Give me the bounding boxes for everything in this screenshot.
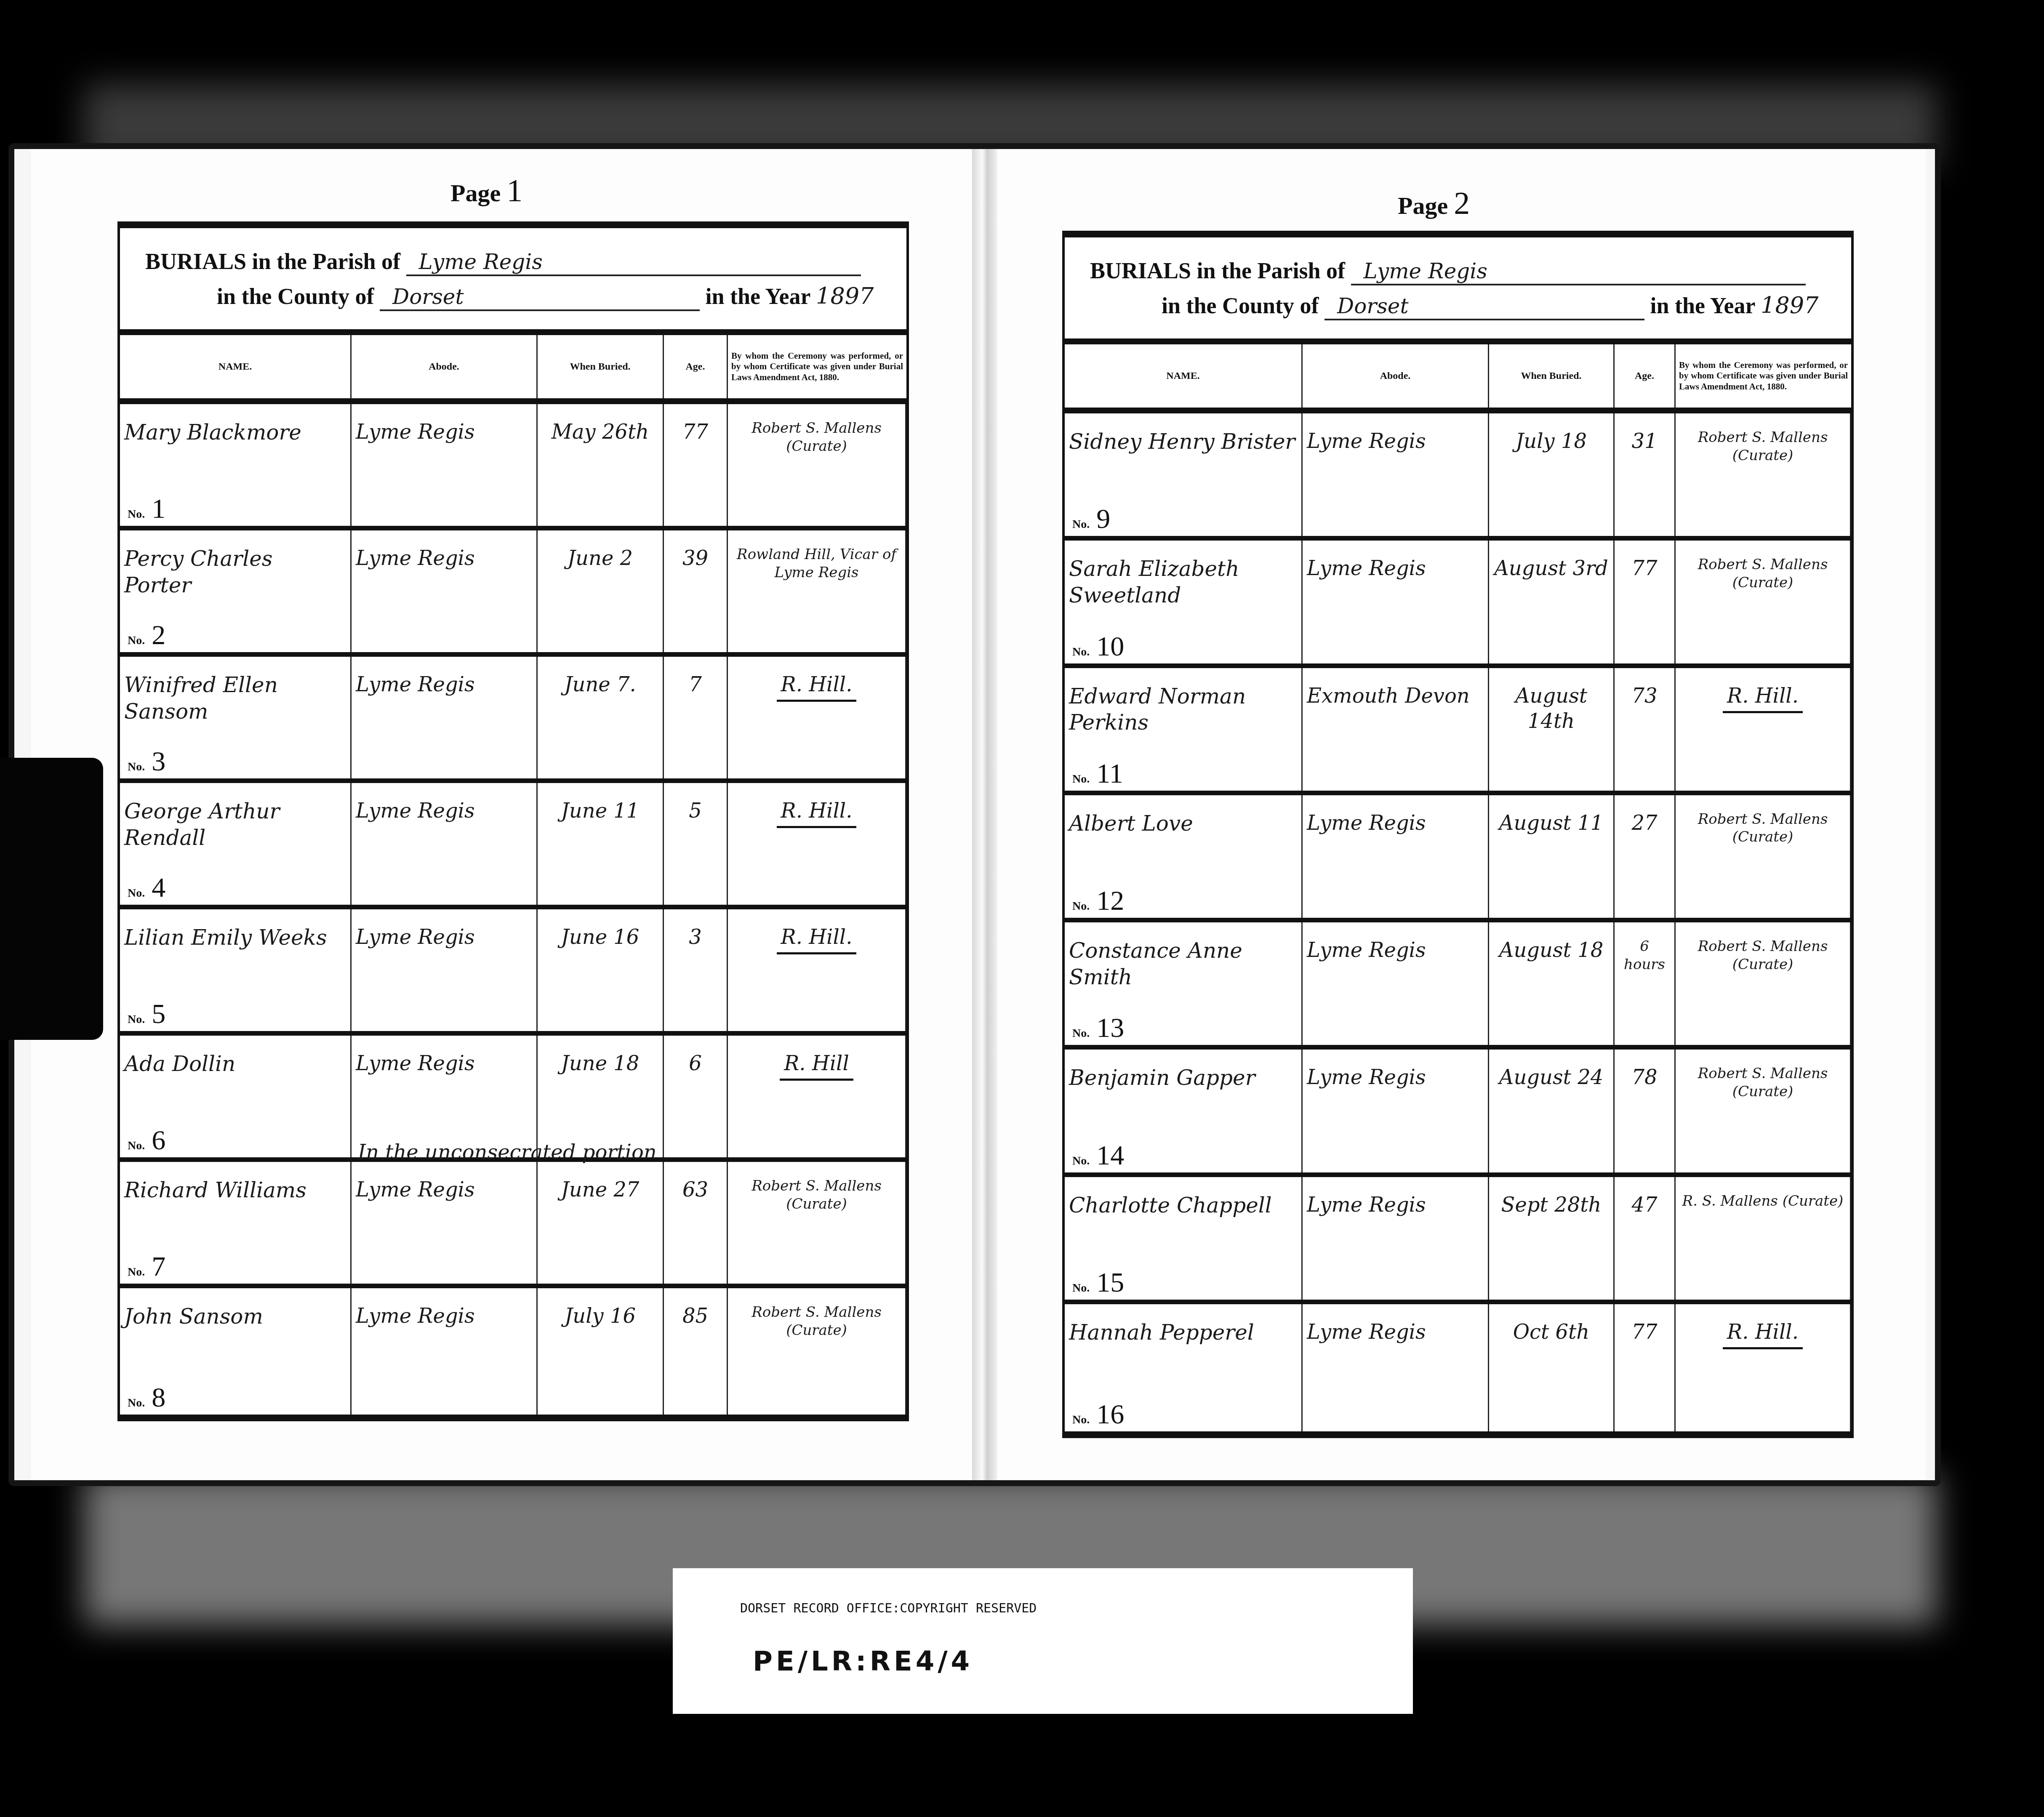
parish-name: Lyme Regis: [419, 250, 543, 274]
column-headers: NAME. Abode. When Buried. Age. By whom t…: [120, 335, 906, 404]
entry-age: 39: [664, 530, 728, 652]
entry-number: No.7: [128, 1251, 165, 1283]
book-spine: [972, 149, 997, 1480]
entry-when-buried: August 24: [1489, 1050, 1615, 1172]
table-row: Albert Love Lyme Regis August 11 27 Robe…: [1065, 795, 1851, 922]
entry-number: No.6: [128, 1124, 165, 1156]
table-row: Charlotte Chappell Lyme Regis Sept 28th …: [1065, 1177, 1851, 1304]
entry-when-buried: June 7.: [538, 657, 664, 778]
entry-officiant: R. Hill.: [777, 672, 857, 702]
entry-officiant: R. Hill: [780, 1051, 853, 1081]
entry-age: 3: [664, 909, 728, 1031]
entry-age: 27: [1615, 795, 1676, 918]
year: 1897: [1761, 292, 1818, 319]
entry-officiant: Robert S. Mallens (Curate): [1676, 1050, 1851, 1172]
entry-officiant: R. Hill.: [1723, 1319, 1803, 1349]
page-number: 2: [1454, 186, 1470, 221]
parish-name: Lyme Regis: [1364, 259, 1487, 283]
entry-abode: Lyme Regis: [1303, 795, 1489, 918]
page-2-title: Page2: [1398, 185, 1470, 222]
entry-number: No.4: [128, 872, 165, 904]
entry-when-buried: August 3rd: [1489, 541, 1615, 663]
entry-when-buried: August 14th: [1489, 668, 1615, 791]
entry-age: 7: [664, 657, 728, 778]
column-header-name: NAME.: [1065, 344, 1303, 408]
entry-when-buried: May 26th: [538, 404, 664, 526]
year-prefix: in the Year: [1650, 293, 1755, 318]
entry-number: No.3: [128, 746, 165, 778]
entry-number: No.10: [1072, 631, 1124, 663]
entry-age: 77: [664, 404, 728, 526]
entry-age: 31: [1615, 413, 1676, 536]
table-row: Lilian Emily Weeks Lyme Regis June 16 3 …: [120, 909, 906, 1036]
entry-number: No.15: [1072, 1267, 1124, 1299]
table-row: Winifred Ellen Sansom Lyme Regis June 7.…: [120, 657, 906, 783]
entry-number: No.14: [1072, 1140, 1124, 1172]
year: 1897: [816, 283, 874, 309]
column-header-when-buried: When Buried.: [538, 335, 664, 398]
entry-age: 5: [664, 783, 728, 905]
entry-abode: Lyme Regis: [1303, 413, 1489, 536]
county-prefix: in the County of: [1162, 293, 1319, 318]
table-row: Constance Anne Smith Lyme Regis August 1…: [1065, 922, 1851, 1050]
register-header: BURIALS in the Parish of Lyme Regis in t…: [120, 228, 906, 335]
column-header-age: Age.: [1615, 344, 1676, 408]
entry-age: 78: [1615, 1050, 1676, 1172]
entry-officiant: Robert S. Mallens (Curate): [1676, 413, 1851, 536]
column-header-abode: Abode.: [1303, 344, 1489, 408]
table-row: Percy Charles Porter Lyme Regis June 2 3…: [120, 530, 906, 657]
entry-when-buried: June 18: [538, 1036, 664, 1157]
register-page-1: BURIALS in the Parish of Lyme Regis in t…: [117, 221, 909, 1421]
page-number: 1: [506, 173, 522, 208]
entry-age: 73: [1615, 668, 1676, 791]
table-row: Hannah Pepperel Lyme Regis Oct 6th 77 R.…: [1065, 1304, 1851, 1431]
entry-officiant: Robert S. Mallens (Curate): [1676, 922, 1851, 1045]
entries-page-1: Mary Blackmore Lyme Regis May 26th 77 Ro…: [120, 404, 906, 1415]
entry-when-buried: August 18: [1489, 922, 1615, 1045]
entry-officiant: R. Hill.: [1723, 683, 1803, 713]
copyright-notice: DORSET RECORD OFFICE:COPYRIGHT RESERVED: [740, 1601, 1037, 1616]
entry-abode: Lyme Regis: [352, 1162, 538, 1284]
archive-reference: PE/LR:RE4/4: [753, 1646, 973, 1677]
entry-age: 6 hours: [1615, 922, 1676, 1045]
entry-number: No.9: [1072, 503, 1110, 535]
entry-age: 6: [664, 1036, 728, 1157]
year-prefix: in the Year: [706, 284, 810, 309]
table-row: Edward Norman Perkins Exmouth Devon Augu…: [1065, 668, 1851, 795]
entry-officiant: Robert S. Mallens (Curate): [728, 1288, 906, 1415]
county-name: Dorset: [392, 285, 464, 309]
binding-clip: [0, 758, 103, 1040]
register-page-2: BURIALS in the Parish of Lyme Regis in t…: [1062, 231, 1854, 1438]
column-header-officiant: By whom the Ceremony was performed, or b…: [1676, 344, 1851, 408]
entry-abode: Lyme Regis: [352, 909, 538, 1031]
entry-number: No.13: [1072, 1012, 1124, 1044]
entry-abode: Lyme Regis: [1303, 1050, 1489, 1172]
entry-officiant: Rowland Hill, Vicar of Lyme Regis: [728, 530, 906, 652]
entry-age: 77: [1615, 541, 1676, 663]
entry-officiant: R. Hill.: [777, 924, 857, 954]
entry-abode: Lyme Regis: [352, 404, 538, 526]
entry-number: No.12: [1072, 885, 1124, 917]
entry-number: No.5: [128, 998, 165, 1030]
entry-officiant: R. S. Mallens (Curate): [1676, 1177, 1851, 1300]
table-row: Benjamin Gapper Lyme Regis August 24 78 …: [1065, 1050, 1851, 1177]
county-prefix: in the County of: [217, 284, 374, 309]
entry-when-buried: Sept 28th: [1489, 1177, 1615, 1300]
entry-officiant: R. Hill.: [777, 798, 857, 828]
entry-abode: Lyme Regis: [352, 783, 538, 905]
county-name: Dorset: [1337, 294, 1408, 318]
table-row: Ada Dollin Lyme Regis June 18 6 R. Hill …: [120, 1036, 906, 1162]
column-header-when-buried: When Buried.: [1489, 344, 1615, 408]
entry-when-buried: July 18: [1489, 413, 1615, 536]
entry-abode: Lyme Regis: [1303, 1304, 1489, 1431]
entry-officiant: Robert S. Mallens (Curate): [728, 1162, 906, 1284]
entry-officiant: Robert S. Mallens (Curate): [1676, 795, 1851, 918]
entry-when-buried: June 27: [538, 1162, 664, 1284]
entry-abode: Lyme Regis: [352, 1036, 538, 1157]
entry-abode: Lyme Regis: [352, 1288, 538, 1415]
entry-age: 63: [664, 1162, 728, 1284]
entry-officiant: Robert S. Mallens (Curate): [1676, 541, 1851, 663]
table-row: Sarah Elizabeth Sweetland Lyme Regis Aug…: [1065, 541, 1851, 668]
entry-when-buried: July 16: [538, 1288, 664, 1415]
table-row: Mary Blackmore Lyme Regis May 26th 77 Ro…: [120, 404, 906, 530]
entry-abode: Lyme Regis: [1303, 1177, 1489, 1300]
column-headers: NAME. Abode. When Buried. Age. By whom t…: [1065, 344, 1851, 413]
entry-when-buried: June 11: [538, 783, 664, 905]
entry-age: 85: [664, 1288, 728, 1415]
table-row: Richard Williams Lyme Regis June 27 63 R…: [120, 1162, 906, 1288]
entry-abode: Lyme Regis: [1303, 541, 1489, 663]
column-header-age: Age.: [664, 335, 728, 398]
entry-age: 77: [1615, 1304, 1676, 1431]
entries-page-2: Sidney Henry Brister Lyme Regis July 18 …: [1065, 413, 1851, 1431]
entry-number: No.16: [1072, 1399, 1124, 1431]
register-header: BURIALS in the Parish of Lyme Regis in t…: [1065, 237, 1851, 344]
entry-abode: Lyme Regis: [352, 530, 538, 652]
table-row: John Sansom Lyme Regis July 16 85 Robert…: [120, 1288, 906, 1415]
entry-when-buried: Oct 6th: [1489, 1304, 1615, 1431]
column-header-name: NAME.: [120, 335, 352, 398]
page-1-title: Page1: [450, 173, 522, 209]
table-row: George Arthur Rendall Lyme Regis June 11…: [120, 783, 906, 909]
parish-prefix: BURIALS in the Parish of: [1090, 258, 1345, 283]
archive-reference-label: DORSET RECORD OFFICE:COPYRIGHT RESERVED …: [673, 1568, 1413, 1714]
entry-abode: Lyme Regis: [1303, 922, 1489, 1045]
table-row: Sidney Henry Brister Lyme Regis July 18 …: [1065, 413, 1851, 541]
entry-officiant: Robert S. Mallens (Curate): [728, 404, 906, 526]
entry-number: No.2: [128, 619, 165, 651]
entry-when-buried: June 2: [538, 530, 664, 652]
column-header-officiant: By whom the Ceremony was performed, or b…: [728, 335, 906, 398]
entry-number: No.1: [128, 493, 165, 525]
entry-abode: Exmouth Devon: [1303, 668, 1489, 791]
entry-note: In the unconsecrated portion: [358, 1140, 657, 1164]
entry-number: No.8: [128, 1382, 165, 1414]
entry-when-buried: August 11: [1489, 795, 1615, 918]
parish-prefix: BURIALS in the Parish of: [145, 249, 400, 274]
entry-when-buried: June 16: [538, 909, 664, 1031]
entry-abode: Lyme Regis: [352, 657, 538, 778]
entry-number: No.11: [1072, 758, 1123, 790]
column-header-abode: Abode.: [352, 335, 538, 398]
entry-age: 47: [1615, 1177, 1676, 1300]
